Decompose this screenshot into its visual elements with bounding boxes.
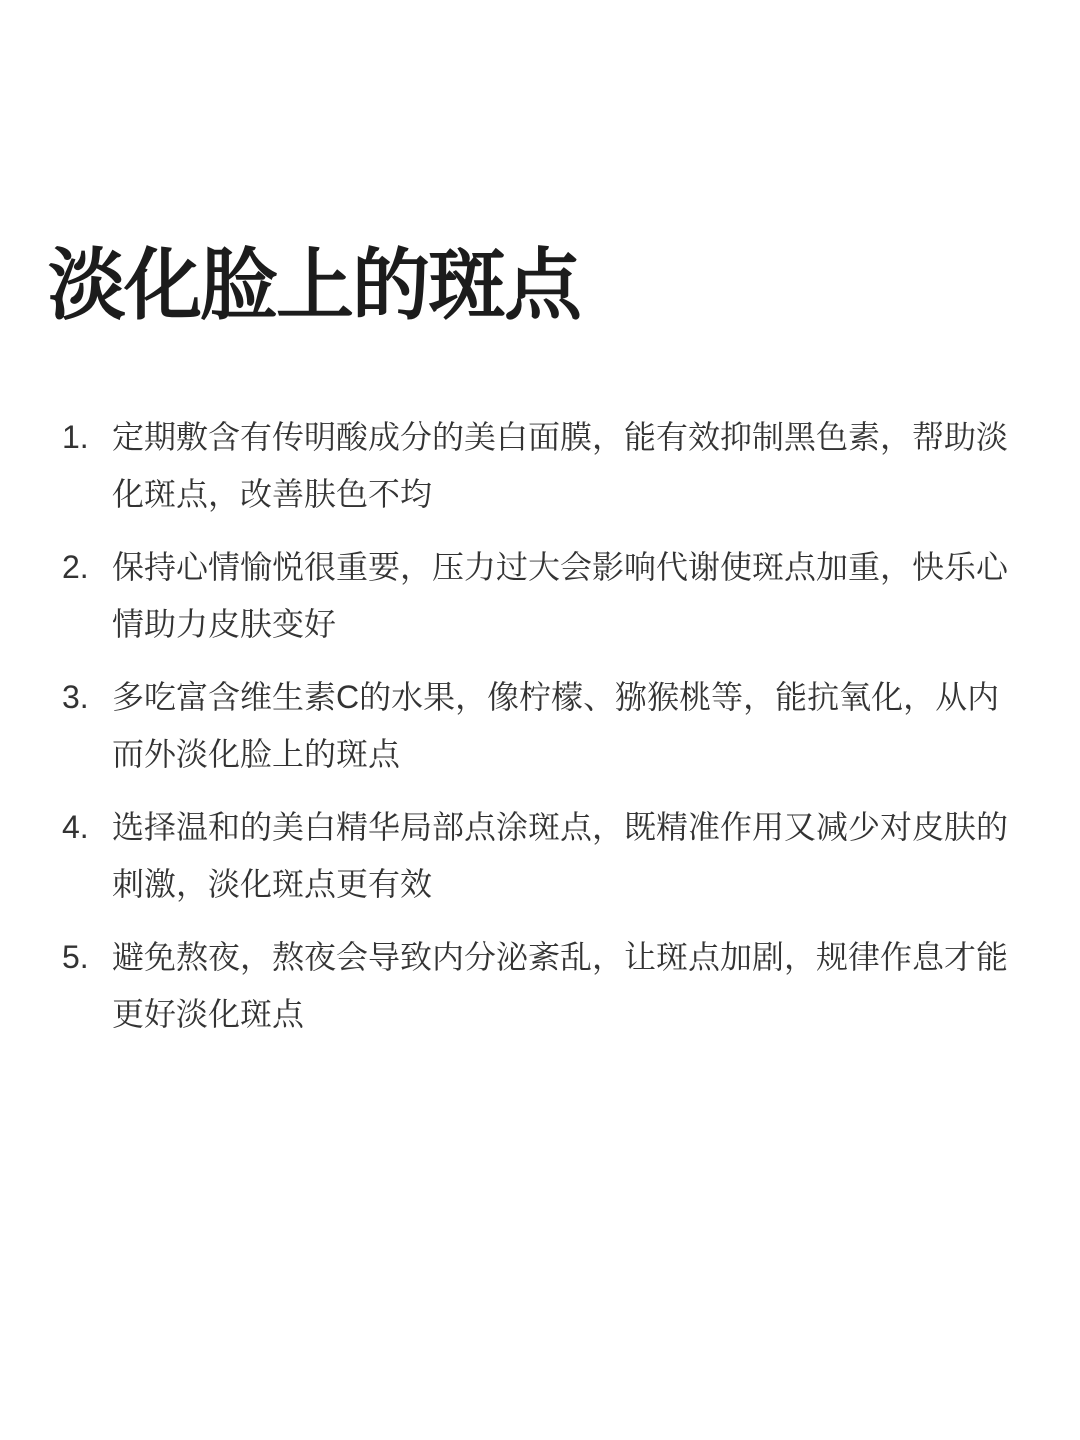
list-item: 4. 选择温和的美白精华局部点涂斑点，既精准作用又减少对皮肤的刺激，淡化斑点更有… — [62, 799, 1040, 913]
tip-number: 1. — [62, 409, 112, 466]
tip-text: 避免熬夜，熬夜会导致内分泌紊乱，让斑点加剧，规律作息才能更好淡化斑点 — [112, 929, 1017, 1043]
tip-text: 定期敷含有传明酸成分的美白面膜，能有效抑制黑色素，帮助淡化斑点，改善肤色不均 — [112, 409, 1017, 523]
tips-list: 1. 定期敷含有传明酸成分的美白面膜，能有效抑制黑色素，帮助淡化斑点，改善肤色不… — [48, 409, 1040, 1043]
list-item: 1. 定期敷含有传明酸成分的美白面膜，能有效抑制黑色素，帮助淡化斑点，改善肤色不… — [62, 409, 1040, 523]
tip-text: 保持心情愉悦很重要，压力过大会影响代谢使斑点加重，快乐心情助力皮肤变好 — [112, 539, 1017, 653]
list-item: 3. 多吃富含维生素C的水果，像柠檬、猕猴桃等，能抗氧化，从内而外淡化脸上的斑点 — [62, 669, 1040, 783]
page-title: 淡化脸上的斑点 — [48, 243, 1040, 329]
tip-number: 3. — [62, 669, 112, 726]
tip-number: 4. — [62, 799, 112, 856]
list-item: 2. 保持心情愉悦很重要，压力过大会影响代谢使斑点加重，快乐心情助力皮肤变好 — [62, 539, 1040, 653]
tip-number: 5. — [62, 929, 112, 986]
tip-number: 2. — [62, 539, 112, 596]
list-item: 5. 避免熬夜，熬夜会导致内分泌紊乱，让斑点加剧，规律作息才能更好淡化斑点 — [62, 929, 1040, 1043]
note-page: 淡化脸上的斑点 1. 定期敷含有传明酸成分的美白面膜，能有效抑制黑色素，帮助淡化… — [0, 0, 1080, 1440]
tip-text: 选择温和的美白精华局部点涂斑点，既精准作用又减少对皮肤的刺激，淡化斑点更有效 — [112, 799, 1017, 913]
tip-text: 多吃富含维生素C的水果，像柠檬、猕猴桃等，能抗氧化，从内而外淡化脸上的斑点 — [112, 669, 1017, 783]
